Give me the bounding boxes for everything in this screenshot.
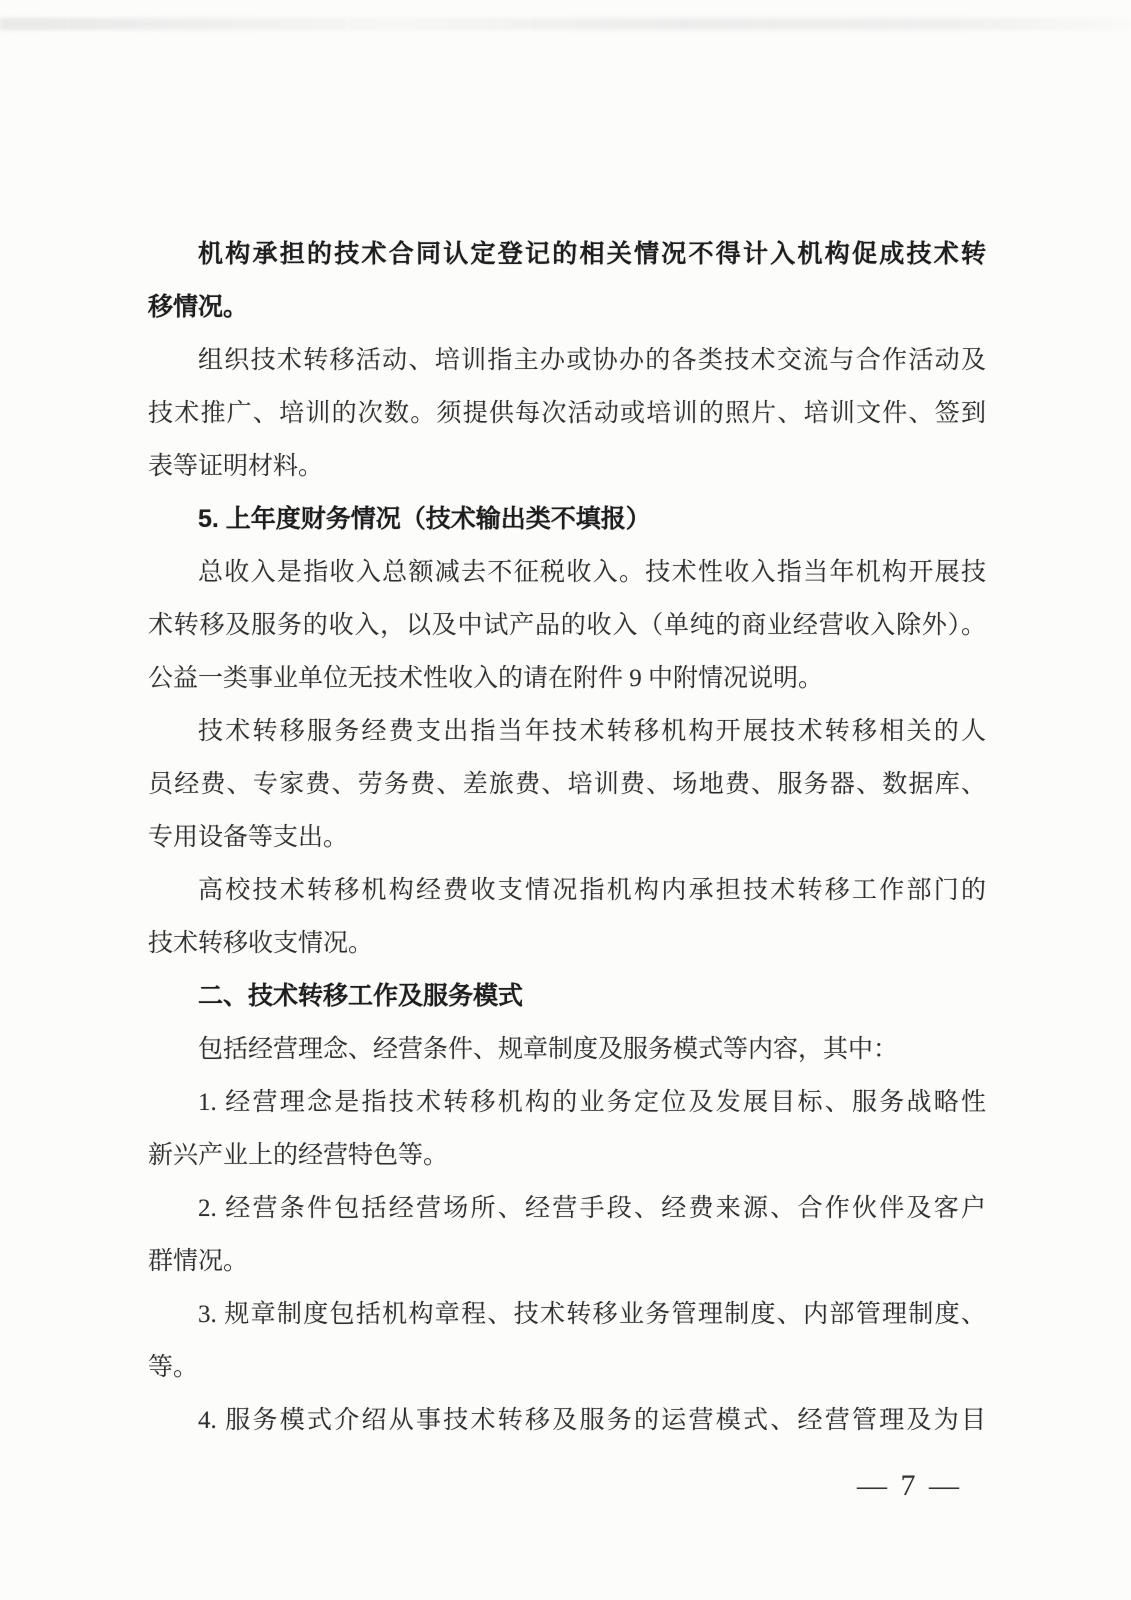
text-line: 组织技术转移活动、培训指主办或协办的各类技术交流与合作活动及	[148, 334, 986, 387]
text-line: 机构承担的技术合同认定登记的相关情况不得计入机构促成技术转	[148, 228, 986, 281]
text-line: 高校技术转移机构经费收支情况指机构内承担技术转移工作部门的	[148, 864, 986, 917]
paragraph-item-4-service-model: 4. 服务模式介绍从事技术转移及服务的运营模式、经营管理及为目	[148, 1394, 986, 1447]
text-line: 员经费、专家费、劳务费、差旅费、培训费、场地费、服务器、数据库、	[148, 758, 986, 811]
text-line: 等。	[148, 1341, 986, 1394]
document-page: 机构承担的技术合同认定登记的相关情况不得计入机构促成技术转 移情况。 组织技术转…	[0, 0, 1131, 1600]
section-heading-2-service-mode: 二、技术转移工作及服务模式	[148, 970, 986, 1023]
text-line: 3. 规章制度包括机构章程、技术转移业务管理制度、内部管理制度、	[148, 1288, 986, 1341]
paragraph-total-income: 总收入是指收入总额减去不征税收入。技术性收入指当年机构开展技 术转移及服务的收入…	[148, 546, 986, 705]
heading-line: 5. 上年度财务情况（技术输出类不填报）	[148, 493, 986, 546]
text-line: 4. 服务模式介绍从事技术转移及服务的运营模式、经营管理及为目	[148, 1394, 986, 1447]
text-line: 群情况。	[148, 1235, 986, 1288]
text-line: 专用设备等支出。	[148, 811, 986, 864]
page-number: — 7 —	[857, 1468, 962, 1504]
scan-artifact-streak	[0, 18, 1131, 30]
text-line: 公益一类事业单位无技术性收入的请在附件 9 中附情况说明。	[148, 652, 986, 705]
heading-line: 二、技术转移工作及服务模式	[148, 970, 986, 1023]
paragraph-item-1-philosophy: 1. 经营理念是指技术转移机构的业务定位及发展目标、服务战略性 新兴产业上的经营…	[148, 1076, 986, 1182]
text-line: 总收入是指收入总额减去不征税收入。技术性收入指当年机构开展技	[148, 546, 986, 599]
text-line: 移情况。	[148, 281, 986, 334]
document-body: 机构承担的技术合同认定登记的相关情况不得计入机构促成技术转 移情况。 组织技术转…	[148, 228, 986, 1447]
paragraph-activities-training: 组织技术转移活动、培训指主办或协办的各类技术交流与合作活动及 技术推广、培训的次…	[148, 334, 986, 493]
section-heading-5-finance: 5. 上年度财务情况（技术输出类不填报）	[148, 493, 986, 546]
text-line: 包括经营理念、经营条件、规章制度及服务模式等内容，其中：	[148, 1023, 986, 1076]
paragraph-university-budget: 高校技术转移机构经费收支情况指机构内承担技术转移工作部门的 技术转移收支情况。	[148, 864, 986, 970]
paragraph-overview: 包括经营理念、经营条件、规章制度及服务模式等内容，其中：	[148, 1023, 986, 1076]
text-line: 技术转移收支情况。	[148, 917, 986, 970]
text-line: 术转移及服务的收入，以及中试产品的收入（单纯的商业经营收入除外）。	[148, 599, 986, 652]
text-line: 2. 经营条件包括经营场所、经营手段、经费来源、合作伙伴及客户	[148, 1182, 986, 1235]
text-line: 1. 经营理念是指技术转移机构的业务定位及发展目标、服务战略性	[148, 1076, 986, 1129]
paragraph-item-2-conditions: 2. 经营条件包括经营场所、经营手段、经费来源、合作伙伴及客户 群情况。	[148, 1182, 986, 1288]
text-line: 新兴产业上的经营特色等。	[148, 1129, 986, 1182]
text-line: 表等证明材料。	[148, 440, 986, 493]
text-line: 技术推广、培训的次数。须提供每次活动或培训的照片、培训文件、签到	[148, 387, 986, 440]
paragraph-item-3-regulations: 3. 规章制度包括机构章程、技术转移业务管理制度、内部管理制度、 等。	[148, 1288, 986, 1394]
paragraph-tech-contract-note: 机构承担的技术合同认定登记的相关情况不得计入机构促成技术转 移情况。	[148, 228, 986, 334]
text-line: 技术转移服务经费支出指当年技术转移机构开展技术转移相关的人	[148, 705, 986, 758]
paragraph-service-expenses: 技术转移服务经费支出指当年技术转移机构开展技术转移相关的人 员经费、专家费、劳务…	[148, 705, 986, 864]
